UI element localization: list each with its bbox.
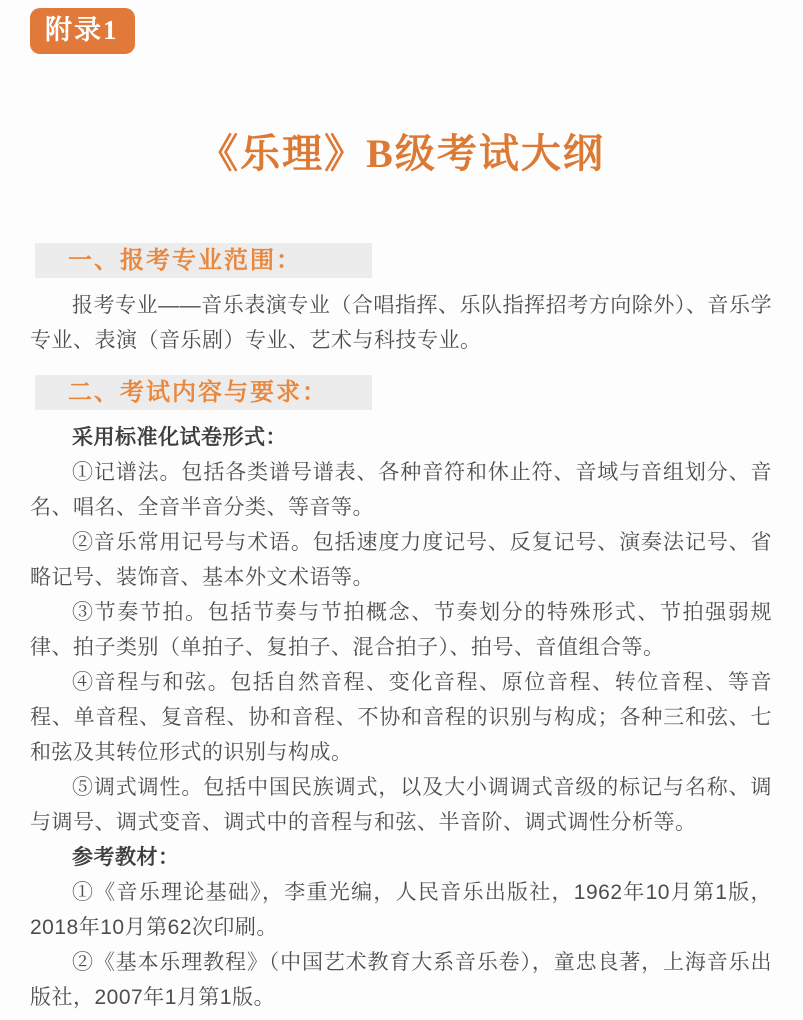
section-1-paragraph: 报考专业——音乐表演专业（合唱指挥、乐队指挥招考方向除外）、音乐学专业、表演（音… [30,288,772,358]
section-1-heading: 一、报考专业范围： [35,243,372,278]
document-page: { "page": { "badge": "附录1", "title": "《乐… [0,0,803,1020]
document-content: 一、报考专业范围： 报考专业——音乐表演专业（合唱指挥、乐队指挥招考方向除外）、… [30,243,772,1015]
page-title: 《乐理》B级考试大纲 [0,122,803,179]
section-2-heading: 二、考试内容与要求： [35,375,372,410]
exam-item-3: ③节奏节拍。包括节奏与节拍概念、节奏划分的特殊形式、节拍强弱规律、拍子类别（单拍… [30,595,772,665]
reference-materials-heading: 参考教材： [30,840,772,875]
exam-item-2: ②音乐常用记号与术语。包括速度力度记号、反复记号、演奏法记号、省略记号、装饰音、… [30,525,772,595]
exam-format-subheading: 采用标准化试卷形式： [30,420,772,455]
exam-item-4: ④音程与和弦。包括自然音程、变化音程、原位音程、转位音程、等音程、单音程、复音程… [30,665,772,770]
reference-material-1: ①《音乐理论基础》，李重光编，人民音乐出版社，1962年10月第1版，2018年… [30,875,772,945]
reference-material-2: ②《基本乐理教程》（中国艺术教育大系音乐卷），童忠良著，上海音乐出版社，2007… [30,945,772,1015]
exam-item-5: ⑤调式调性。包括中国民族调式，以及大小调调式音级的标记与名称、调与调号、调式变音… [30,770,772,840]
appendix-badge: 附录1 [30,8,135,54]
exam-item-1: ①记谱法。包括各类谱号谱表、各种音符和休止符、音域与音组划分、音名、唱名、全音半… [30,455,772,525]
